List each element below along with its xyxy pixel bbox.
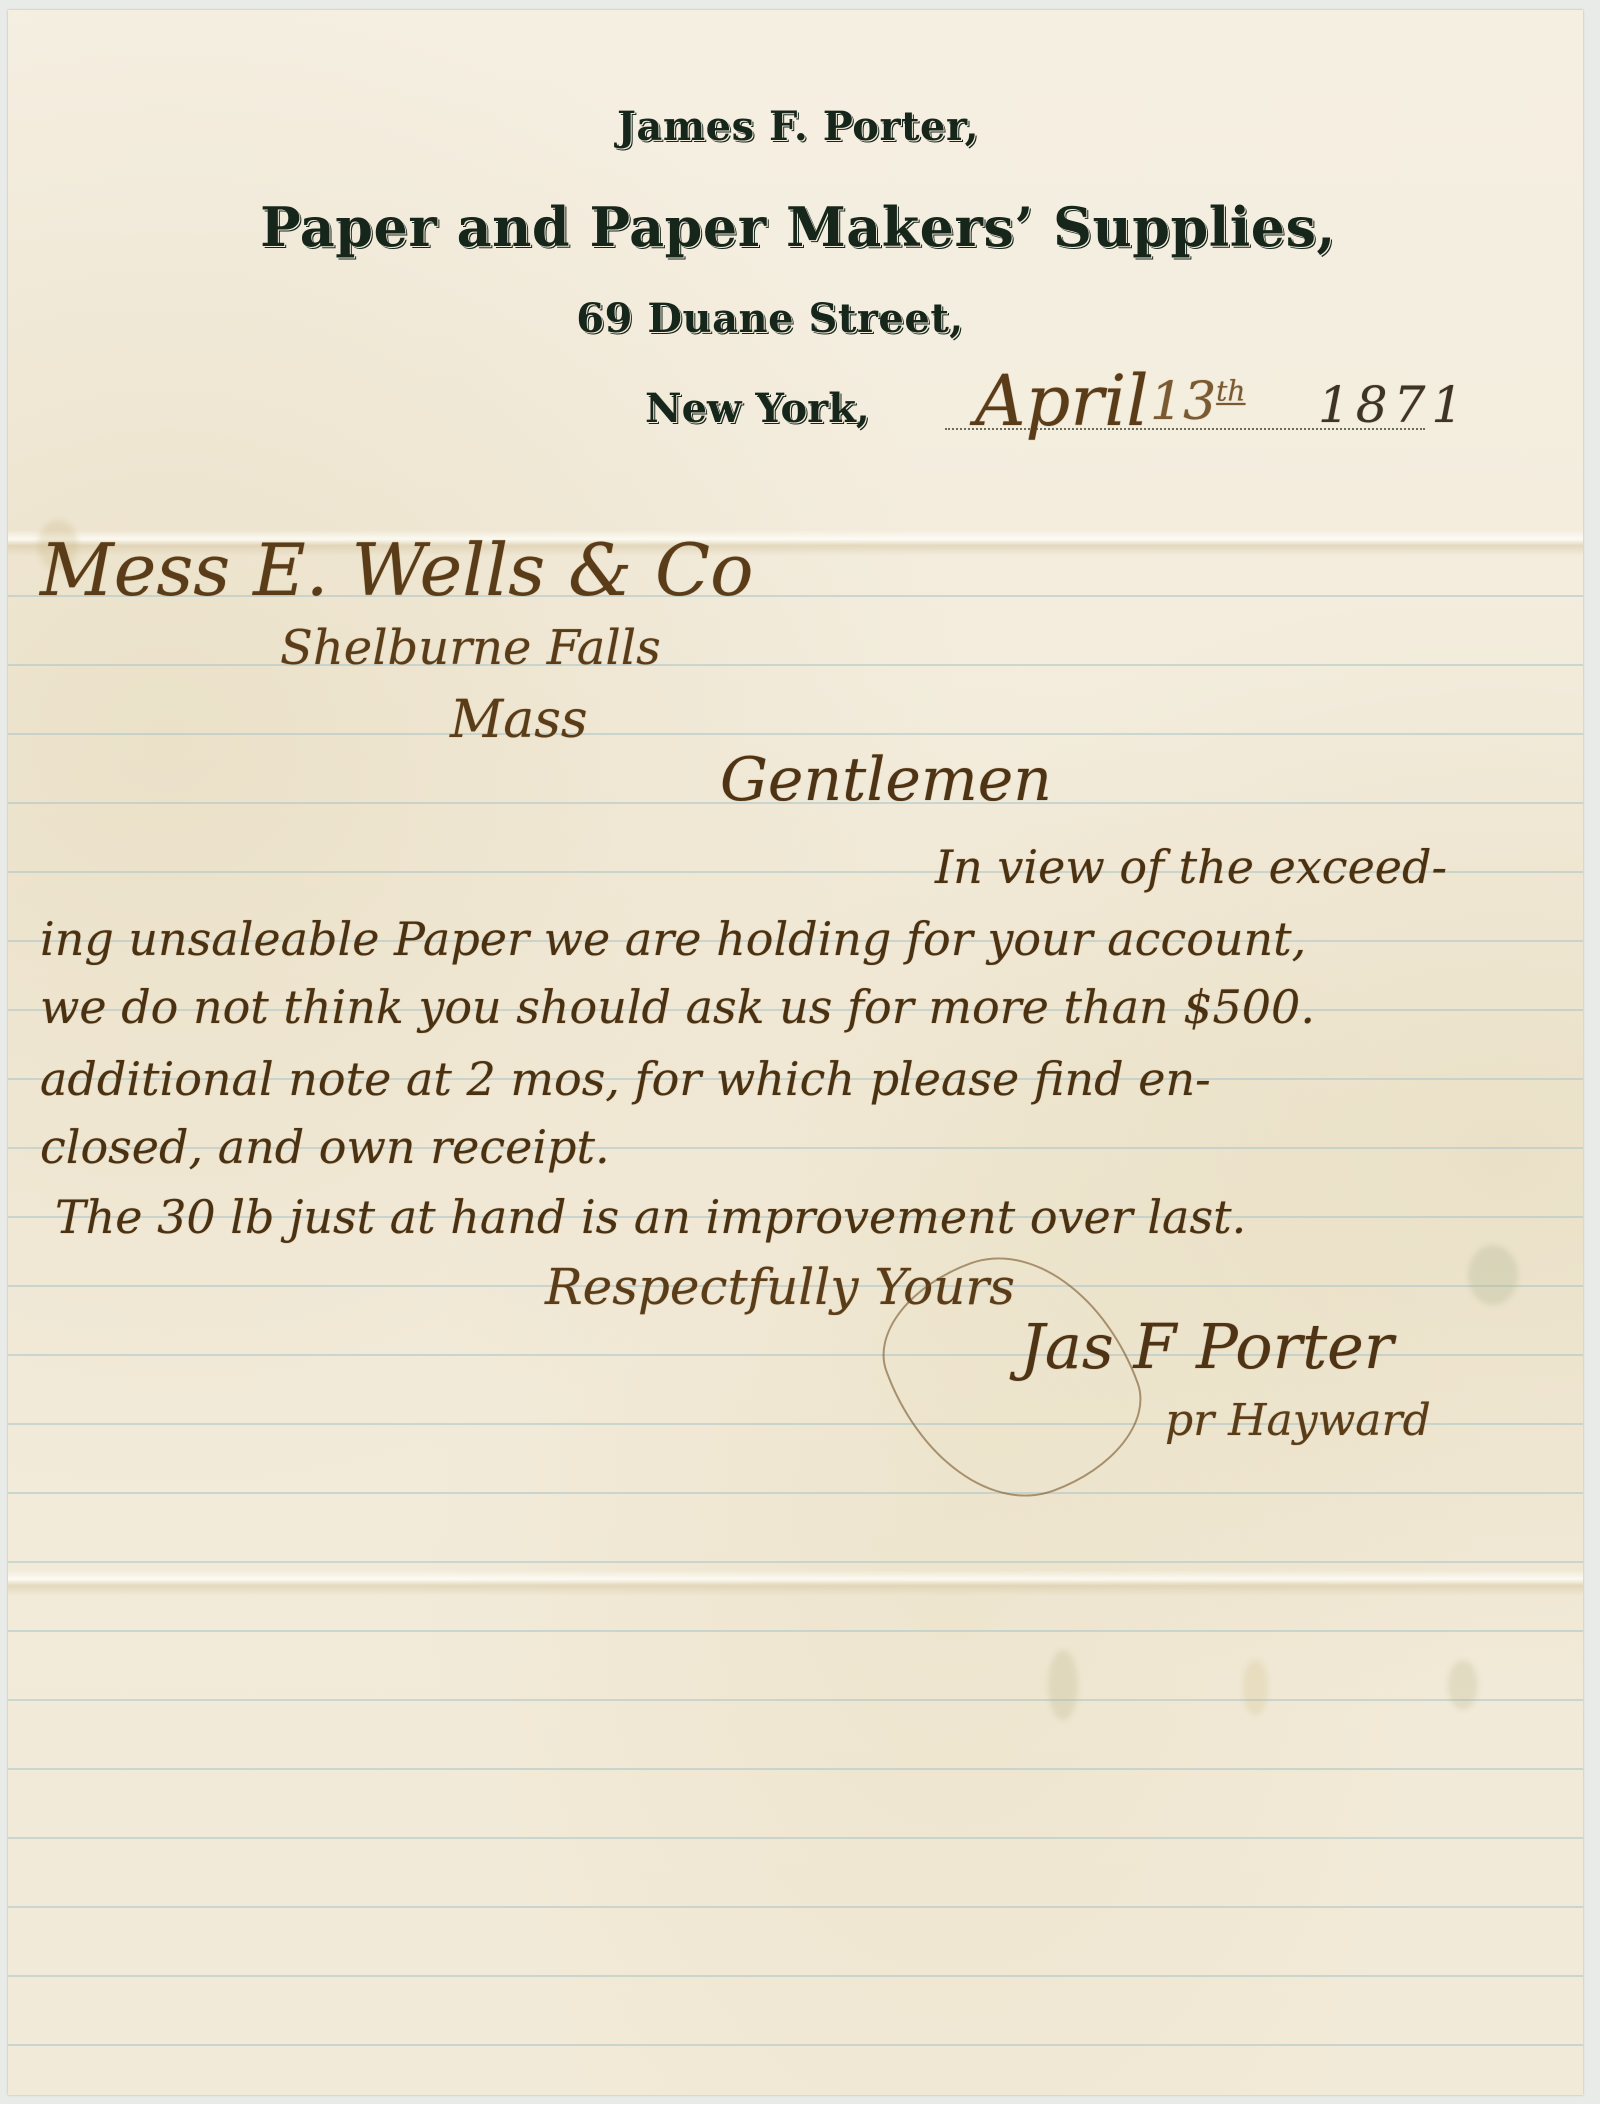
stain-mark (1048, 1650, 1078, 1720)
stain-mark (1448, 1660, 1478, 1710)
addressee-name: Mess E. Wells & Co (40, 528, 754, 612)
date-day: 13th (1150, 372, 1245, 432)
signature-name: Jas F Porter (1020, 1310, 1393, 1383)
stain-mark (1468, 1245, 1518, 1305)
body-line: In view of the exceed- (935, 840, 1447, 894)
stain-mark (1243, 1660, 1268, 1715)
addressee-town: Shelburne Falls (280, 620, 661, 676)
signature-per: pr Hayward (1165, 1395, 1431, 1446)
date-day-number: 13 (1150, 372, 1216, 432)
date-month: April (975, 360, 1149, 442)
addressee-state: Mass (450, 690, 588, 750)
letterhead-city: New York, (645, 385, 870, 432)
fold-crease-lower (8, 1570, 1583, 1596)
letterhead-street: 69 Duane Street, (0, 295, 1570, 342)
body-line: we do not think you should ask us for mo… (40, 980, 1315, 1034)
letterhead-name: James F. Porter, (0, 103, 1598, 150)
letterhead-trade: Paper and Paper Makers’ Supplies, (0, 195, 1598, 259)
body-line: additional note at 2 mos, for which plea… (40, 1052, 1211, 1106)
salutation: Gentlemen (720, 745, 1052, 815)
body-line: The 30 lb just at hand is an improvement… (55, 1190, 1246, 1244)
body-line: ing unsaleable Paper we are holding for … (40, 912, 1306, 966)
date-day-suffix: th (1216, 375, 1245, 408)
body-line: closed, and own receipt. (40, 1120, 610, 1174)
date-year: 1871 (1318, 376, 1469, 434)
